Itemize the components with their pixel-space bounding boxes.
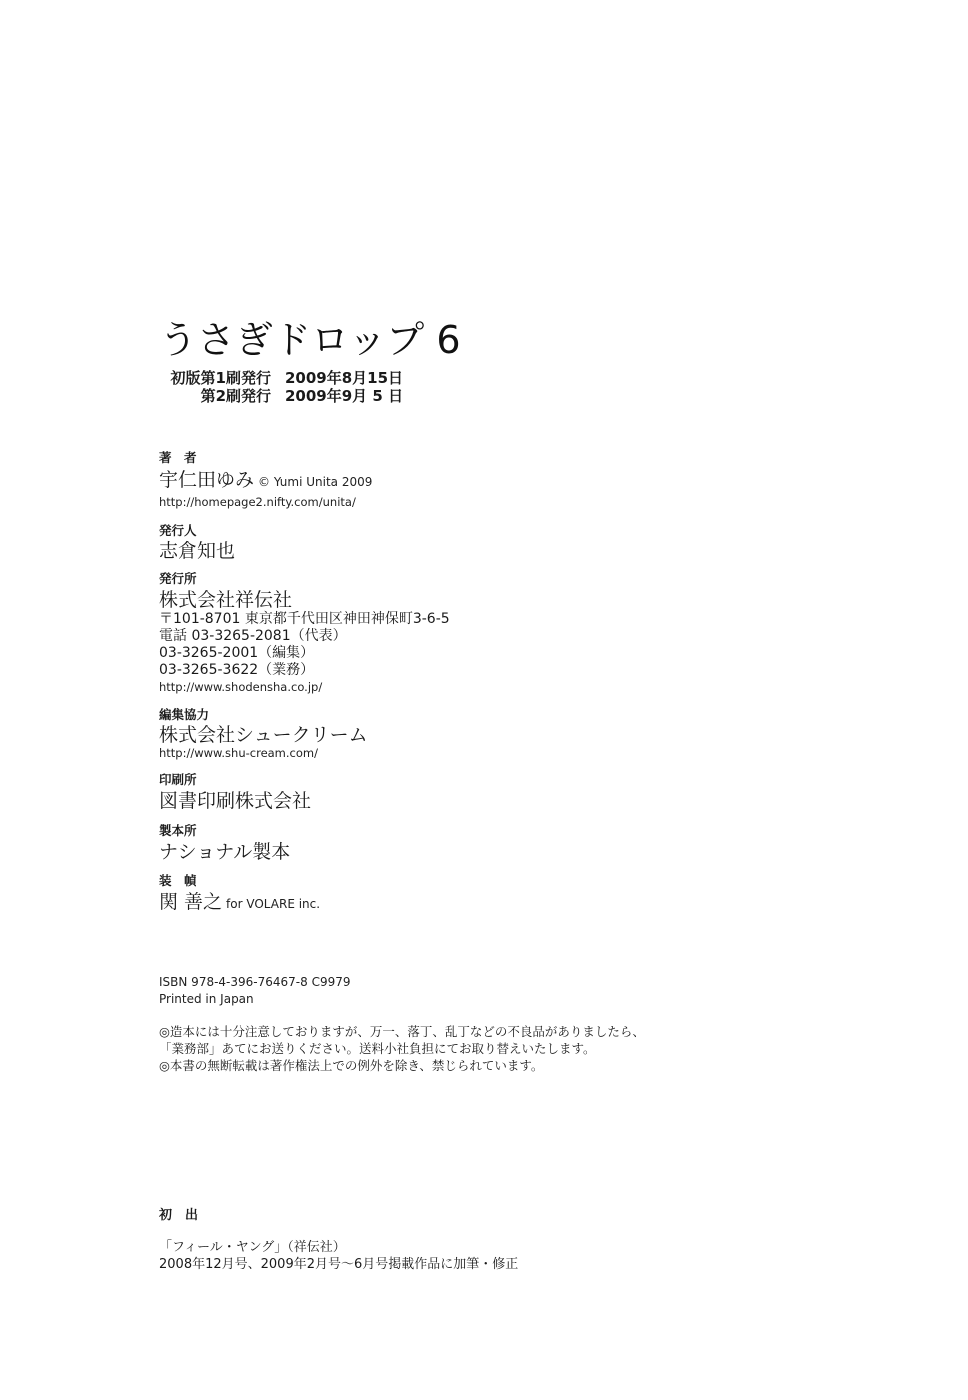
design-line: 関 善之for VOLARE inc. <box>159 891 320 913</box>
first-appearance-issues: 2008年12月号、2009年2月号〜6月号掲載作品に加筆・修正 <box>159 1257 518 1273</box>
first-edition-line: 初版第1刷発行2009年8月15日 <box>159 369 403 387</box>
binder-label: 製本所 <box>159 823 197 838</box>
printer-label: 印刷所 <box>159 772 197 787</box>
isbn: ISBN 978-4-396-76467-8 C9979 <box>159 975 350 990</box>
first-appearance-label: 初 出 <box>159 1208 198 1224</box>
copyright-notice: © Yumi Unita 2009 <box>258 475 372 489</box>
author-label: 著 者 <box>159 450 197 465</box>
notice-line-1: ◎造本には十分注意しておりますが、万一、落丁、乱丁などの不良品がありましたら、 <box>159 1024 645 1040</box>
author-line: 宇仁田ゆみ© Yumi Unita 2009 <box>159 469 372 491</box>
publisher-person-name: 志倉知也 <box>159 540 235 562</box>
publisher-person-label: 発行人 <box>159 523 197 538</box>
publisher-phone-business: 03-3265-3622（業務） <box>159 662 314 679</box>
designer-affiliation: for VOLARE inc. <box>226 897 320 911</box>
notice-line-3: ◎本書の無断転載は著作権法上での例外を除き、禁じられています。 <box>159 1058 543 1074</box>
publisher-address: 〒101-8701 東京都千代田区神田神保町3-6-5 <box>159 611 450 628</box>
publisher-url[interactable]: http://www.shodensha.co.jp/ <box>159 680 322 694</box>
publisher-label: 発行所 <box>159 571 197 586</box>
edition-date: 2009年8月15日 <box>285 369 403 387</box>
design-label: 装 幀 <box>159 873 197 888</box>
editorial-cooperation-url[interactable]: http://www.shu-cream.com/ <box>159 746 318 760</box>
edition-date: 2009年9月 5 日 <box>285 387 403 405</box>
publisher-name: 株式会社祥伝社 <box>159 589 292 611</box>
edition-label: 第2刷発行 <box>159 387 271 405</box>
author-url[interactable]: http://homepage2.nifty.com/unita/ <box>159 495 356 509</box>
edition-label: 初版第1刷発行 <box>159 369 271 387</box>
editorial-cooperation-label: 編集協力 <box>159 707 209 722</box>
printed-in: Printed in Japan <box>159 992 254 1007</box>
publisher-phone-editorial: 03-3265-2001（編集） <box>159 645 314 662</box>
book-title: うさぎドロップ 6 <box>159 318 461 362</box>
publisher-phone-main: 電話 03-3265-2081（代表） <box>159 628 347 645</box>
first-appearance-source: 「フィール・ヤング」（祥伝社） <box>159 1240 346 1256</box>
editorial-cooperation-name: 株式会社シュークリーム <box>159 724 368 746</box>
printer-name: 図書印刷株式会社 <box>159 790 311 812</box>
notice-line-2: 「業務部」あてにお送りください。送料小社負担にてお取り替えいたします。 <box>159 1041 596 1057</box>
second-printing-line: 第2刷発行2009年9月 5 日 <box>159 387 403 405</box>
author-name: 宇仁田ゆみ <box>159 469 254 491</box>
binder-name: ナショナル製本 <box>159 841 290 863</box>
designer-name: 関 善之 <box>159 891 222 913</box>
